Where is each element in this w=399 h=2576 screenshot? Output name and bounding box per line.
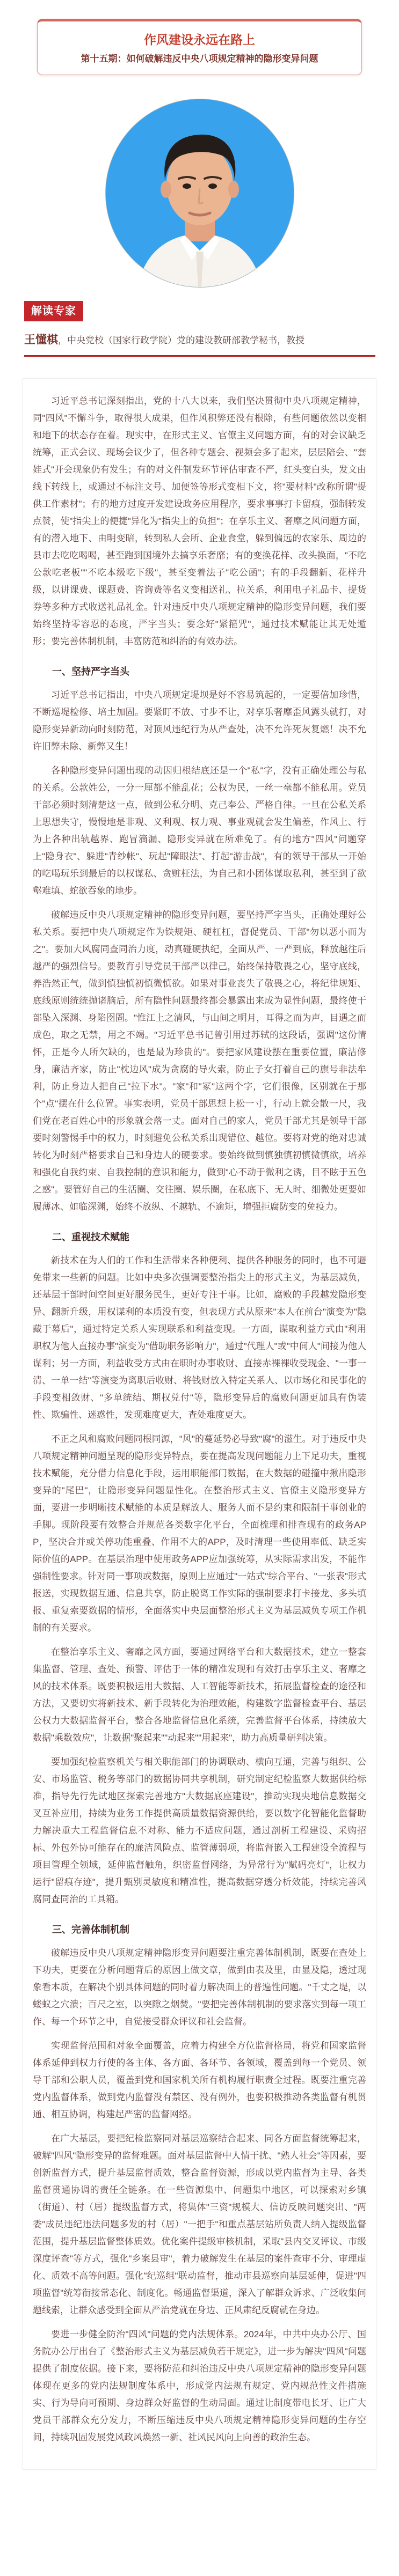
expert-photo [106,99,294,287]
section-2-heading: 二、重视技术赋能 [33,1230,366,1245]
section-3-paragraph: 在广大基层，要把纪检监察同对基层巡察结合起来、同各方面监督统筹起来，破解"四风"… [33,2130,366,2319]
section-2-paragraph: 要加强纪检监察机关与相关职能部门的协调联动、横向互通，完善与组织、公安、市场监管… [33,1754,366,1908]
intro-paragraph: 习近平总书记深刻指出，党的十八大以来，我们坚决贯彻中央八项规定精神，同"四风"不… [33,393,366,650]
expert-name-line: 王懂棋，中央党校（国家行政学院）党的建设教研部教学秘书，教授 [24,333,375,348]
section-3-heading: 三、完善体制机制 [33,1922,366,1937]
series-title: 作风建设永远在路上 [43,32,356,47]
section-1-paragraph: 习近平总书记指出，中央八项规定堤坝是好不容易筑起的，一定要倍加珍惜，不断巡堤检修… [33,687,366,755]
expert-portrait-illustration [106,99,294,287]
header-card: 作风建设永远在路上 第十五期：如何破解违反中央八项规定精神的隐形变异问题 [37,19,362,75]
section-1-paragraph: 破解违反中央八项规定精神的隐形变异问题，要坚持严字当头，正确处理好公私关系。要把… [33,907,366,1216]
section-3-paragraph: 实现监督范围和对象全面覆盖，应着力构建全方位监督格局，将党和国家监督体系延伸到权… [33,2037,366,2123]
section-1-paragraph: 各种隐形变异问题出现的动因归根结底还是一个"私"字，没有正确处理公与私的关系。公… [33,762,366,900]
episode-subtitle: 第十五期：如何破解违反中央八项规定精神的隐形变异问题 [43,53,356,65]
expert-name: 王懂棋 [24,334,58,346]
section-2-paragraph: 在整治享乐主义、奢靡之风方面，要通过网络平台和大数据技术，建立一整套集监督、管理… [33,1644,366,1747]
red-divider [24,355,375,357]
section-3-paragraph: 要进一步健全防治"四风"问题的党内法规体系。2024年，中共中央办公厅、国务院办… [33,2326,366,2446]
expert-badge: 解读专家 [24,301,83,321]
section-3-paragraph: 破解违反中央八项规定精神隐形变异问题要注重完善体制机制，既要在查处上下功夫，更要… [33,1945,366,2030]
section-1-heading: 一、坚持严字当头 [33,664,366,679]
article-body: 习近平总书记深刻指出，党的十八大以来，我们坚决贯彻中央八项规定精神，同"四风"不… [23,378,376,2470]
section-2-paragraph: 新技术在为人们的工作和生活带来各种便利、提供各种服务的同时，也不可避免带来一些新… [33,1252,366,1424]
section-2-paragraph: 不正之风和腐败问题同根同源，"风"的蔓延势必导致"腐"的滋生。对于违反中央八项规… [33,1431,366,1637]
article-page: 作风建设永远在路上 第十五期：如何破解违反中央八项规定精神的隐形变异问题 [0,19,399,2470]
expert-title: ，中央党校（国家行政学院）党的建设教研部教学秘书，教授 [58,335,304,345]
